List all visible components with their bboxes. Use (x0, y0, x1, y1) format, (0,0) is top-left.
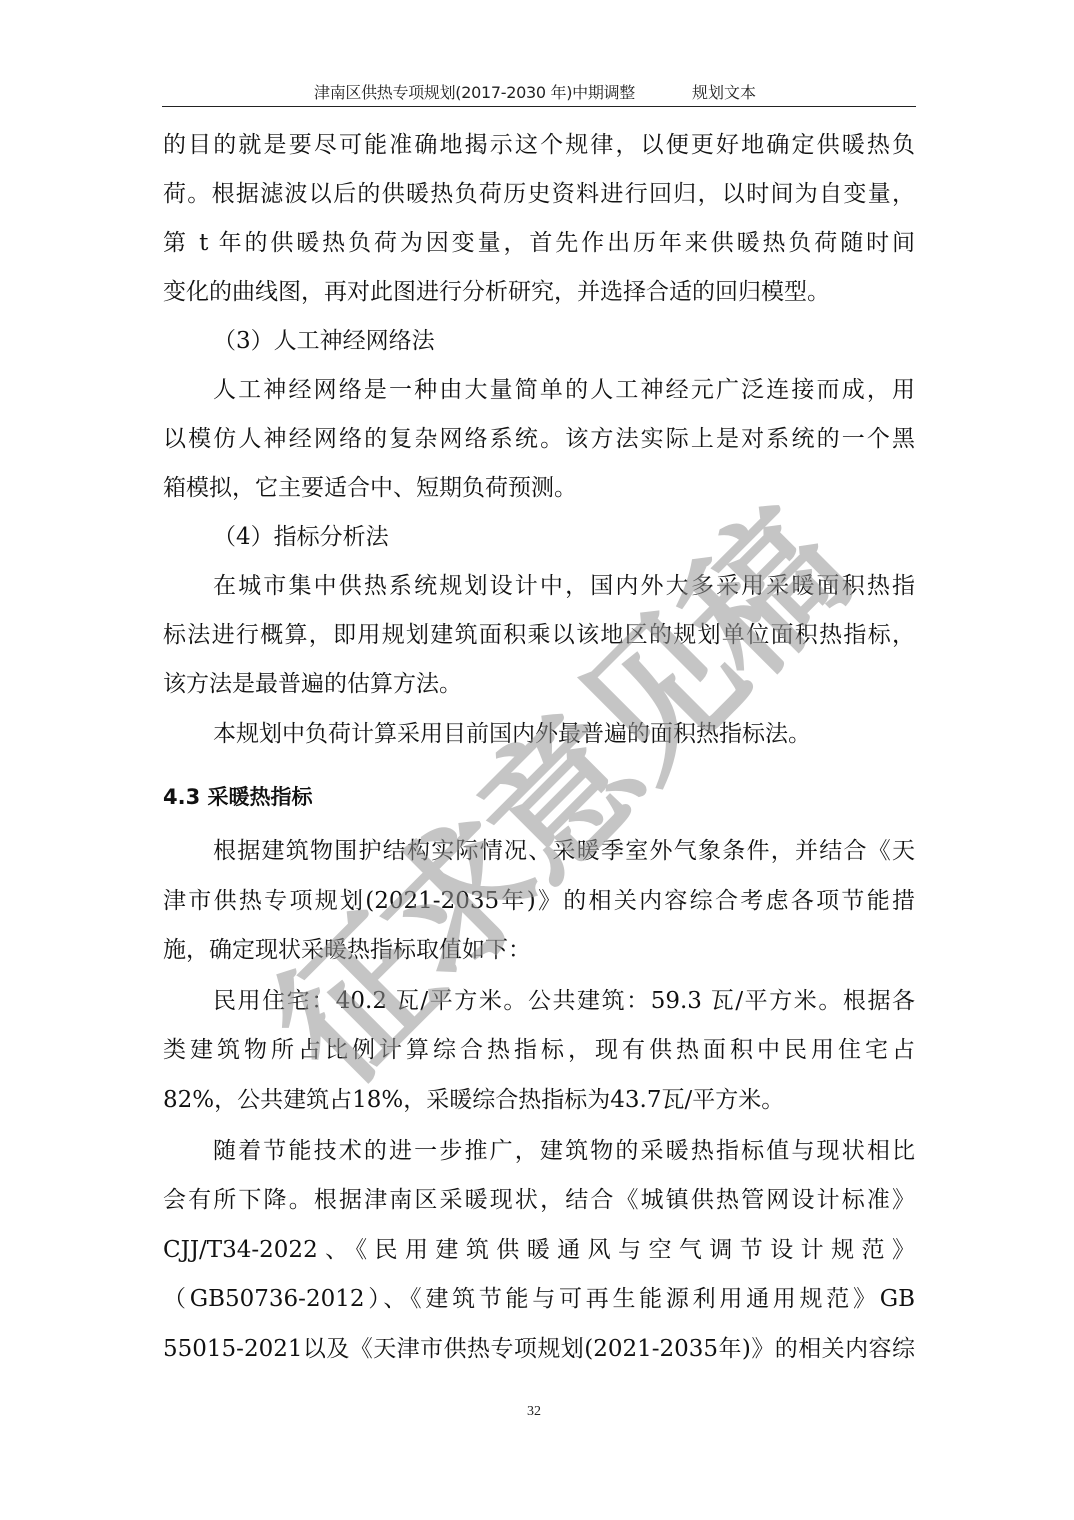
paragraph-line: 会有所下降。根据津南区采暖现状，结合《城镇供热管网设计标准》 (163, 1180, 915, 1220)
header-title: 津南区供热专项规划(2017-2030 年)中期调整 (314, 80, 635, 103)
paragraph-line: （GB50736-2012）、《建筑节能与可再生能源利用通用规范》GB (163, 1279, 915, 1319)
paragraph-line: CJJ/T34-2022、《民用建筑供暖通风与空气调节设计规范》 (163, 1230, 915, 1270)
paragraph-line: 的目的就是要尽可能准确地揭示这个规律，以便更好地确定供暖热负 (163, 125, 915, 165)
paragraph-line: 荷。根据滤波以后的供暖热负荷历史资料进行回归，以时间为自变量， (163, 174, 915, 214)
paragraph-line: 本规划中负荷计算采用目前国内外最普遍的面积热指标法。 (213, 714, 811, 754)
paragraph-line: 标法进行概算，即用规划建筑面积乘以该地区的规划单位面积热指标， (163, 615, 915, 655)
header-doc-type: 规划文本 (692, 80, 756, 103)
paragraph-line: 该方法是最普遍的估算方法。 (163, 664, 462, 704)
paragraph-line: 第 t 年的供暖热负荷为因变量，首先作出历年来供暖热负荷随时间 (163, 223, 915, 263)
paragraph-line: 人工神经网络是一种由大量简单的人工神经元广泛连接而成，用 (213, 370, 915, 410)
paragraph-line: 在城市集中供热系统规划设计中，国内外大多采用采暖面积热指 (213, 566, 915, 606)
paragraph-line: 津市供热专项规划(2021-2035年)》的相关内容综合考虑各项节能措 (163, 881, 915, 921)
paragraph-line: 施，确定现状采暖热指标取值如下： (163, 930, 531, 970)
paragraph-line: 根据建筑物围护结构实际情况、采暖季室外气象条件，并结合《天 (213, 831, 915, 871)
paragraph-line: 箱模拟，它主要适合中、短期负荷预测。 (163, 468, 577, 508)
paragraph-line: 以模仿人神经网络的复杂网络系统。该方法实际上是对系统的一个黑 (163, 419, 915, 459)
page-header: 津南区供热专项规划(2017-2030 年)中期调整 规划文本 (162, 78, 916, 107)
paragraph-line: 随着节能技术的进一步推广，建筑物的采暖热指标值与现状相比 (213, 1131, 915, 1171)
paragraph-line: 55015-2021以及《天津市供热专项规划(2021-2035年)》的相关内容… (163, 1329, 915, 1369)
paragraph-line: 民用住宅：40.2 瓦/平方米。公共建筑：59.3 瓦/平方米。根据各 (213, 981, 915, 1021)
page-number: 32 (527, 1404, 541, 1420)
paragraph-line: 82%，公共建筑占18%，采暖综合热指标为43.7瓦/平方米。 (163, 1080, 784, 1120)
paragraph-line: 变化的曲线图，再对此图进行分析研究，并选择合适的回归模型。 (163, 272, 830, 312)
subsection-title-ann: （3）人工神经网络法 (213, 321, 435, 361)
paragraph-line: 类建筑物所占比例计算综合热指标，现有供热面积中民用住宅占 (163, 1030, 915, 1070)
subsection-title-index-analysis: （4）指标分析法 (213, 517, 389, 557)
section-heading: 4.3 采暖热指标 (163, 777, 313, 817)
